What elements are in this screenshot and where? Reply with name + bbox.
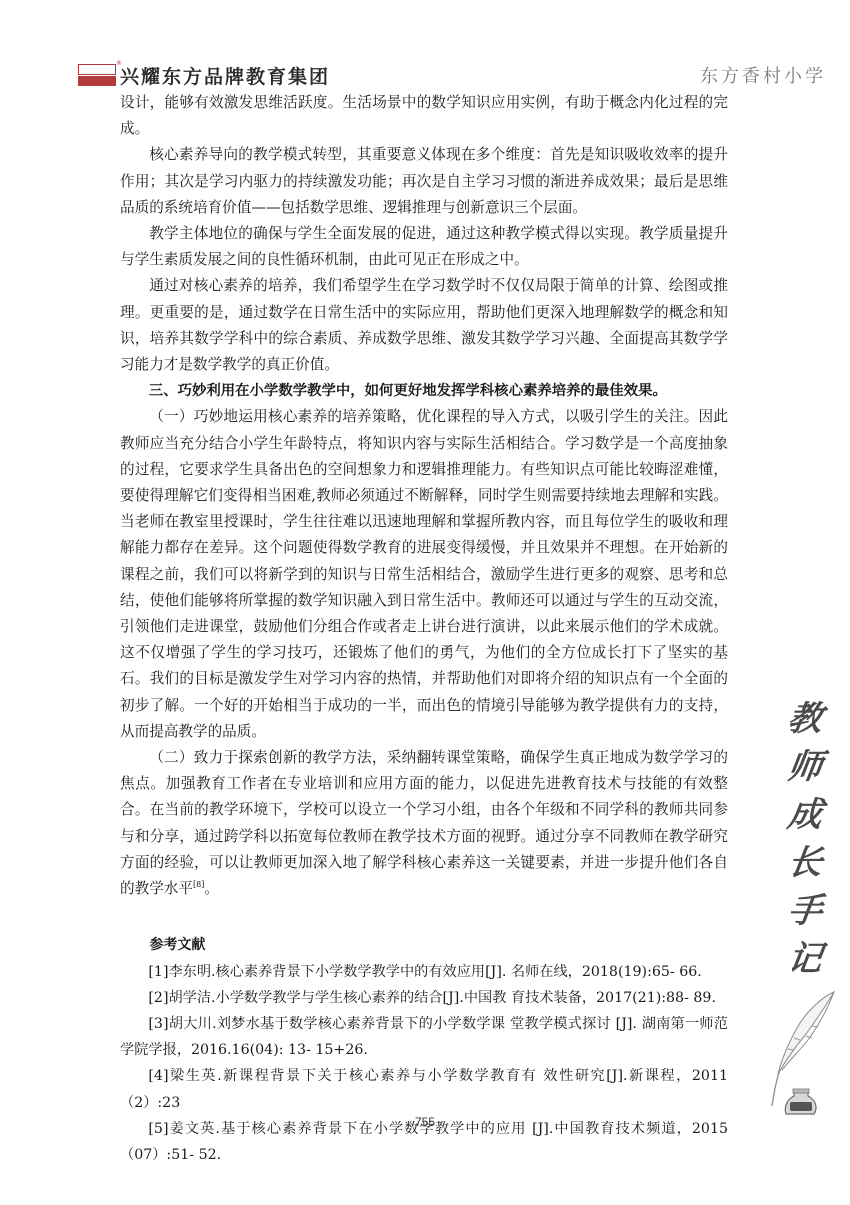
reference-item: [2]胡学洁.小学数学教学与学生核心素养的结合[J].中国教 育技术装备，201… bbox=[120, 985, 728, 1011]
citation-link[interactable]: [8] bbox=[193, 880, 204, 889]
sidebar-calligraphy-title: 教 师 成 长 手 记 bbox=[775, 695, 835, 983]
quill-and-inkwell-icon bbox=[762, 988, 842, 1118]
article-body: 设计，能够有效激发思维活跃度。生活场景中的数学知识应用实例，有助于概念内化过程的… bbox=[120, 90, 728, 1168]
title-char: 手 bbox=[772, 887, 839, 935]
section-heading: 三、巧妙利用在小学数学教学中，如何更好地发挥学科核心素养培养的最佳效果。 bbox=[120, 378, 728, 404]
title-char: 成 bbox=[772, 791, 839, 839]
paragraph: 核心素养导向的教学模式转型，其重要意义体现在多个维度：首先是知识吸收效率的提升作… bbox=[120, 142, 728, 221]
page-number: 755 bbox=[0, 1115, 850, 1129]
references-title: 参考文献 bbox=[120, 932, 728, 958]
paragraph: 通过对核心素养的培养，我们希望学生在学习数学时不仅仅局限于简单的计算、绘图或推理… bbox=[120, 273, 728, 378]
paragraph: 教学主体地位的确保与学生全面发展的促进，通过这种教学模式得以实现。教学质量提升与… bbox=[120, 221, 728, 273]
group-name: 兴耀东方品牌教育集团 bbox=[120, 62, 330, 89]
paragraph-tail: 。 bbox=[204, 880, 219, 897]
reference-item: [3]胡大川.刘梦水基于数学核心素养背景下的小学数学课 堂教学模式探讨 [J].… bbox=[120, 1011, 728, 1063]
paragraph: （二）致力于探索创新的教学方法，采纳翻转课堂策略，确保学生真正地成为数学学习的焦… bbox=[120, 745, 728, 902]
xingyao-dongfang-logo-icon: ® bbox=[78, 64, 116, 86]
title-char: 长 bbox=[772, 839, 839, 887]
title-char: 记 bbox=[772, 935, 839, 983]
school-name: 东方香村小学 bbox=[700, 62, 826, 88]
page-header: ® 兴耀东方品牌教育集团 东方香村小学 bbox=[0, 60, 850, 90]
paragraph: 设计，能够有效激发思维活跃度。生活场景中的数学知识应用实例，有助于概念内化过程的… bbox=[120, 90, 728, 142]
title-char: 师 bbox=[772, 743, 839, 791]
reference-item: [1]李东明.核心素养背景下小学数学教学中的有效应用[J]. 名师在线，2018… bbox=[120, 959, 728, 985]
title-char: 教 bbox=[772, 695, 839, 743]
reference-item: [4]梁生英.新课程背景下关于核心素养与小学数学教育有 效性研究[J].新课程，… bbox=[120, 1063, 728, 1115]
paragraph: （一）巧妙地运用核心素养的培养策略，优化课程的导入方式，以吸引学生的关注。因此教… bbox=[120, 404, 728, 745]
paragraph-text: （二）致力于探索创新的教学方法，采纳翻转课堂策略，确保学生真正地成为数学学习的焦… bbox=[120, 749, 728, 897]
